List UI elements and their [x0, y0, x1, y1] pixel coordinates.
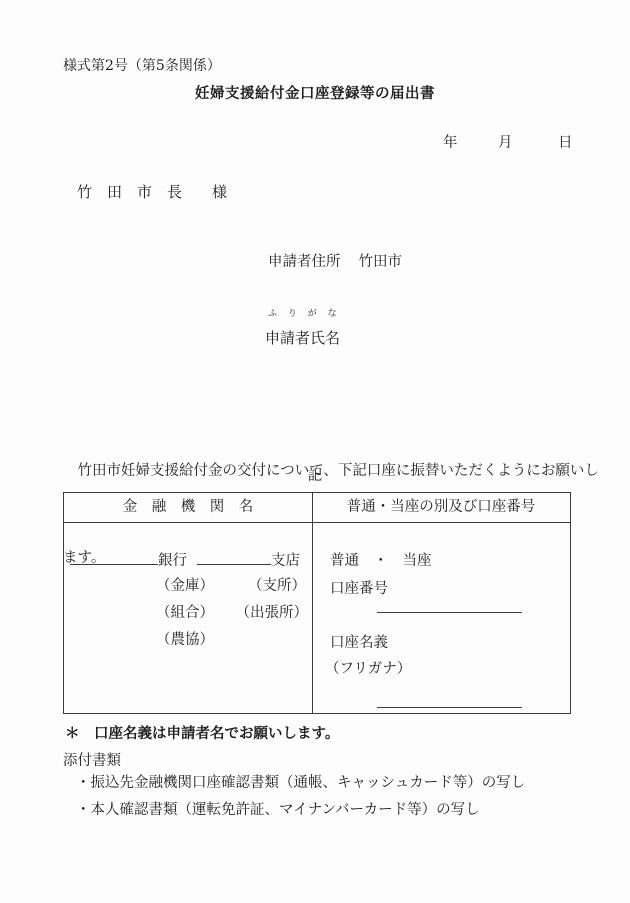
bank-branch-row: 銀行支店	[70, 549, 300, 570]
bank-label: 銀行	[158, 553, 187, 569]
date-year-label: 年	[443, 131, 458, 152]
form-number: 様式第2号（第5条関係）	[63, 55, 221, 75]
furigana-label: ふ り が な	[268, 306, 341, 319]
table-header-row: 金 融 機 関 名 普通・当座の別及び口座番号	[64, 493, 570, 523]
account-number-label: 口座番号	[330, 577, 388, 598]
date-day-label: 日	[558, 131, 573, 152]
institution-alt-kumiai: （組合）	[156, 601, 214, 622]
account-number-blank	[377, 612, 522, 613]
institution-alt-shucchojo: （出張所）	[236, 601, 309, 622]
table-header-institution: 金 融 機 関 名	[64, 493, 312, 522]
account-holder-furigana-label: （フリガナ）	[325, 657, 411, 678]
applicant-name-label: 申請者氏名	[265, 327, 340, 348]
account-type-options: 普通 ・ 当座	[330, 549, 432, 570]
account-holder-note: ＊ 口座名義は申請者名でお願いします。	[65, 722, 339, 743]
institution-alt-shisho: （支所）	[248, 574, 306, 595]
table-header-account: 普通・当座の別及び口座番号	[312, 493, 570, 522]
note-heading: 記	[0, 464, 630, 485]
applicant-address-row: 申請者住所竹田市	[268, 250, 402, 271]
account-cell: 普通 ・ 当座 口座番号 口座名義 （フリガナ）	[313, 522, 569, 712]
account-holder-blank	[377, 707, 522, 708]
bank-name-blank	[70, 550, 158, 565]
account-holder-label: 口座名義	[330, 631, 388, 652]
account-table: 金 融 機 関 名 普通・当座の別及び口座番号 銀行支店 （金庫） （支所） （…	[63, 492, 571, 714]
institution-cell: 銀行支店 （金庫） （支所） （組合） （出張所） （農協）	[64, 522, 312, 712]
addressee-line: 竹 田 市 長 様	[77, 181, 227, 202]
attachment-item-bank-confirmation: ・振込先金融機関口座確認書類（通帳、キャッシュカード等）の写し	[76, 771, 525, 792]
branch-name-blank	[197, 550, 271, 565]
applicant-address-label: 申請者住所	[268, 254, 341, 270]
document-title: 妊婦支援給付金口座登録等の届出書	[0, 82, 630, 103]
date-month-label: 月	[498, 131, 513, 152]
institution-alt-nokyo: （農協）	[156, 628, 214, 649]
attachment-item-identity: ・本人確認書類（運転免許証、マイナンバーカード等）の写し	[76, 798, 480, 819]
branch-label: 支店	[271, 553, 300, 569]
institution-alt-kinko: （金庫）	[156, 574, 214, 595]
attachments-heading: 添付書類	[63, 749, 121, 770]
applicant-address-value: 竹田市	[359, 254, 403, 270]
document-page: 様式第2号（第5条関係） 妊婦支援給付金口座登録等の届出書 年 月 日 竹 田 …	[0, 0, 630, 903]
